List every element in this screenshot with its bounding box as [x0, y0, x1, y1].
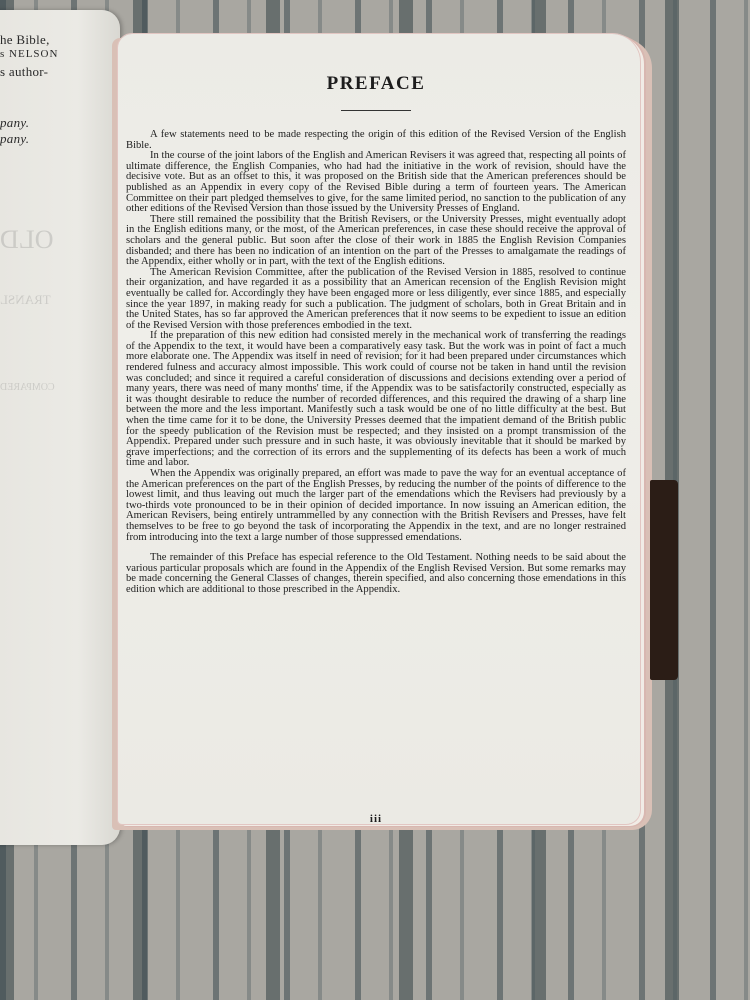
paragraph: There still remained the possibility tha…	[126, 215, 626, 268]
preface-content: PREFACE A few statements need to be made…	[126, 130, 626, 596]
paragraph: If the preparation of this new edition h…	[126, 331, 626, 469]
left-page-edge-line: s NELSON	[0, 48, 58, 60]
title-rule	[341, 110, 411, 111]
page-number: iii	[126, 813, 626, 825]
torn-spine	[650, 480, 678, 680]
bleedthrough-text: COMPARED	[0, 382, 55, 393]
left-page-edge-line: pany.	[0, 115, 29, 131]
paragraph: When the Appendix was originally prepare…	[126, 469, 626, 543]
bleedthrough-text: TRANSL	[0, 292, 51, 308]
paragraph: The American Revision Committee, after t…	[126, 268, 626, 332]
paragraph: The remainder of this Preface has especi…	[126, 553, 626, 595]
paragraph: A few statements need to be made respect…	[126, 130, 626, 151]
right-page: PREFACE A few statements need to be made…	[118, 34, 640, 824]
bleedthrough-text: OLD	[0, 225, 53, 255]
left-page: he Bible, s NELSON s author- pany. pany.…	[0, 10, 120, 845]
left-page-edge-line: he Bible,	[0, 32, 50, 48]
paragraph: In the course of the joint labors of the…	[126, 151, 626, 215]
left-page-edge-line: pany.	[0, 131, 29, 147]
left-page-edge-line: s author-	[0, 64, 48, 80]
page-title: PREFACE	[126, 73, 626, 95]
